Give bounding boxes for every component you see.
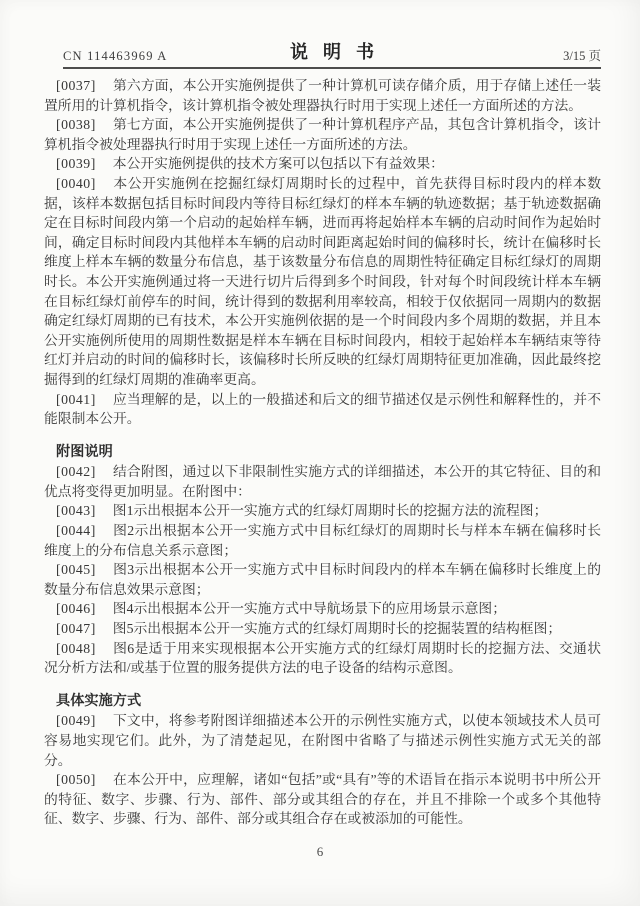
paragraph-number: [0042] bbox=[56, 462, 96, 482]
paragraph-text: 图2示出根据本公开一实施方式中目标红绿灯的周期时长与样本车辆在偏移时长维度上的分… bbox=[44, 523, 601, 558]
paragraph-text: 图1示出根据本公开一实施方式的红绿灯周期时长的挖掘方法的流程图； bbox=[113, 503, 548, 518]
paragraph-number: [0046] bbox=[56, 599, 96, 619]
paragraph-text: 图4示出根据本公开一实施方式中导航场景下的应用场景示意图； bbox=[113, 601, 506, 616]
paragraph-text: 本公开实施例提供的技术方案可以包括以下有益效果： bbox=[113, 156, 444, 171]
paragraph-number: [0049] bbox=[56, 711, 96, 731]
page-header: CN 114463969 A 说明书 3/15 页 bbox=[63, 38, 601, 69]
paragraph: [0048]图6是适于用来实现根据本公开实施方式的红绿灯周期时长的挖掘方法、交通… bbox=[44, 639, 601, 678]
page-indicator: 3/15 页 bbox=[389, 46, 601, 64]
paragraph-number: [0043] bbox=[56, 501, 96, 521]
paragraph-text: 应当理解的是，以上的一般描述和后文的细节描述仅是示例性和解释性的，并不能限制本公… bbox=[44, 392, 601, 427]
paragraph-number: [0038] bbox=[56, 115, 96, 135]
paragraph: [0049]下文中，将参考附图详细描述本公开的示例性实施方式，以使本领域技术人员… bbox=[44, 711, 601, 770]
paragraph-number: [0047] bbox=[56, 619, 96, 639]
section-heading: 附图说明 bbox=[44, 443, 601, 463]
paragraph: [0046]图4示出根据本公开一实施方式中导航场景下的应用场景示意图； bbox=[44, 599, 601, 619]
paragraph-text: 本公开实施例在挖掘红绿灯周期时长的过程中，首先获得目标时段内的样本数据，该样本数… bbox=[44, 176, 601, 387]
paragraph-text: 第七方面，本公开实施例提供了一种计算机程序产品，其包含计算机指令，该计算机指令被… bbox=[44, 117, 601, 152]
document-title: 说明书 bbox=[275, 38, 389, 64]
page-footer: 6 bbox=[0, 844, 640, 860]
paragraph-number: [0044] bbox=[56, 521, 96, 541]
paragraph-text: 图6是适于用来实现根据本公开实施方式的红绿灯周期时长的挖掘方法、交通状况分析方法… bbox=[44, 641, 601, 676]
paragraph: [0037]第六方面，本公开实施例提供了一种计算机可读存储介质，用于存储上述任一… bbox=[44, 76, 601, 115]
paragraph-number: [0045] bbox=[56, 560, 96, 580]
patent-page: CN 114463969 A 说明书 3/15 页 [0037]第六方面，本公开… bbox=[0, 0, 640, 906]
paragraph-text: 第六方面，本公开实施例提供了一种计算机可读存储介质，用于存储上述任一装置所用的计… bbox=[44, 78, 601, 113]
paragraph-number: [0050] bbox=[56, 770, 96, 790]
paragraph-number: [0048] bbox=[56, 639, 96, 659]
paragraph: [0043]图1示出根据本公开一实施方式的红绿灯周期时长的挖掘方法的流程图； bbox=[44, 501, 601, 521]
paragraph: [0041]应当理解的是，以上的一般描述和后文的细节描述仅是示例性和解释性的，并… bbox=[44, 390, 601, 429]
document-body: [0037]第六方面，本公开实施例提供了一种计算机可读存储介质，用于存储上述任一… bbox=[44, 76, 601, 829]
paragraph: [0039]本公开实施例提供的技术方案可以包括以下有益效果： bbox=[44, 154, 601, 174]
paragraph-number: [0041] bbox=[56, 390, 96, 410]
paragraph: [0038]第七方面，本公开实施例提供了一种计算机程序产品，其包含计算机指令，该… bbox=[44, 115, 601, 154]
paragraph: [0045]图3示出根据本公开一实施方式中目标时间段内的样本车辆在偏移时长维度上… bbox=[44, 560, 601, 599]
paragraph-number: [0037] bbox=[56, 76, 96, 96]
paragraph: [0042]结合附图，通过以下非限制性实施方式的详细描述，本公开的其它特征、目的… bbox=[44, 462, 601, 501]
paragraph: [0044]图2示出根据本公开一实施方式中目标红绿灯的周期时长与样本车辆在偏移时… bbox=[44, 521, 601, 560]
paragraph-number: [0039] bbox=[56, 154, 96, 174]
paragraph-number: [0040] bbox=[56, 174, 96, 194]
paragraph: [0050]在本公开中，应理解，诸如“包括”或“具有”等的术语旨在指示本说明书中… bbox=[44, 770, 601, 829]
paragraph: [0047]图5示出根据本公开一实施方式的红绿灯周期时长的挖掘装置的结构框图； bbox=[44, 619, 601, 639]
paragraph-text: 结合附图，通过以下非限制性实施方式的详细描述，本公开的其它特征、目的和优点将变得… bbox=[44, 464, 601, 499]
paragraph: [0040]本公开实施例在挖掘红绿灯周期时长的过程中，首先获得目标时段内的样本数… bbox=[44, 174, 601, 390]
paragraph-text: 下文中，将参考附图详细描述本公开的示例性实施方式，以使本领域技术人员可容易地实现… bbox=[44, 713, 601, 767]
page-number: 6 bbox=[317, 844, 324, 859]
publication-number: CN 114463969 A bbox=[63, 49, 275, 64]
paragraph-text: 图3示出根据本公开一实施方式中目标时间段内的样本车辆在偏移时长维度上的数量分布信… bbox=[44, 562, 601, 597]
paragraph-text: 在本公开中，应理解，诸如“包括”或“具有”等的术语旨在指示本说明书中所公开的特征… bbox=[44, 772, 601, 826]
section-heading: 具体实施方式 bbox=[44, 692, 601, 712]
paragraph-text: 图5示出根据本公开一实施方式的红绿灯周期时长的挖掘装置的结构框图； bbox=[113, 621, 561, 636]
